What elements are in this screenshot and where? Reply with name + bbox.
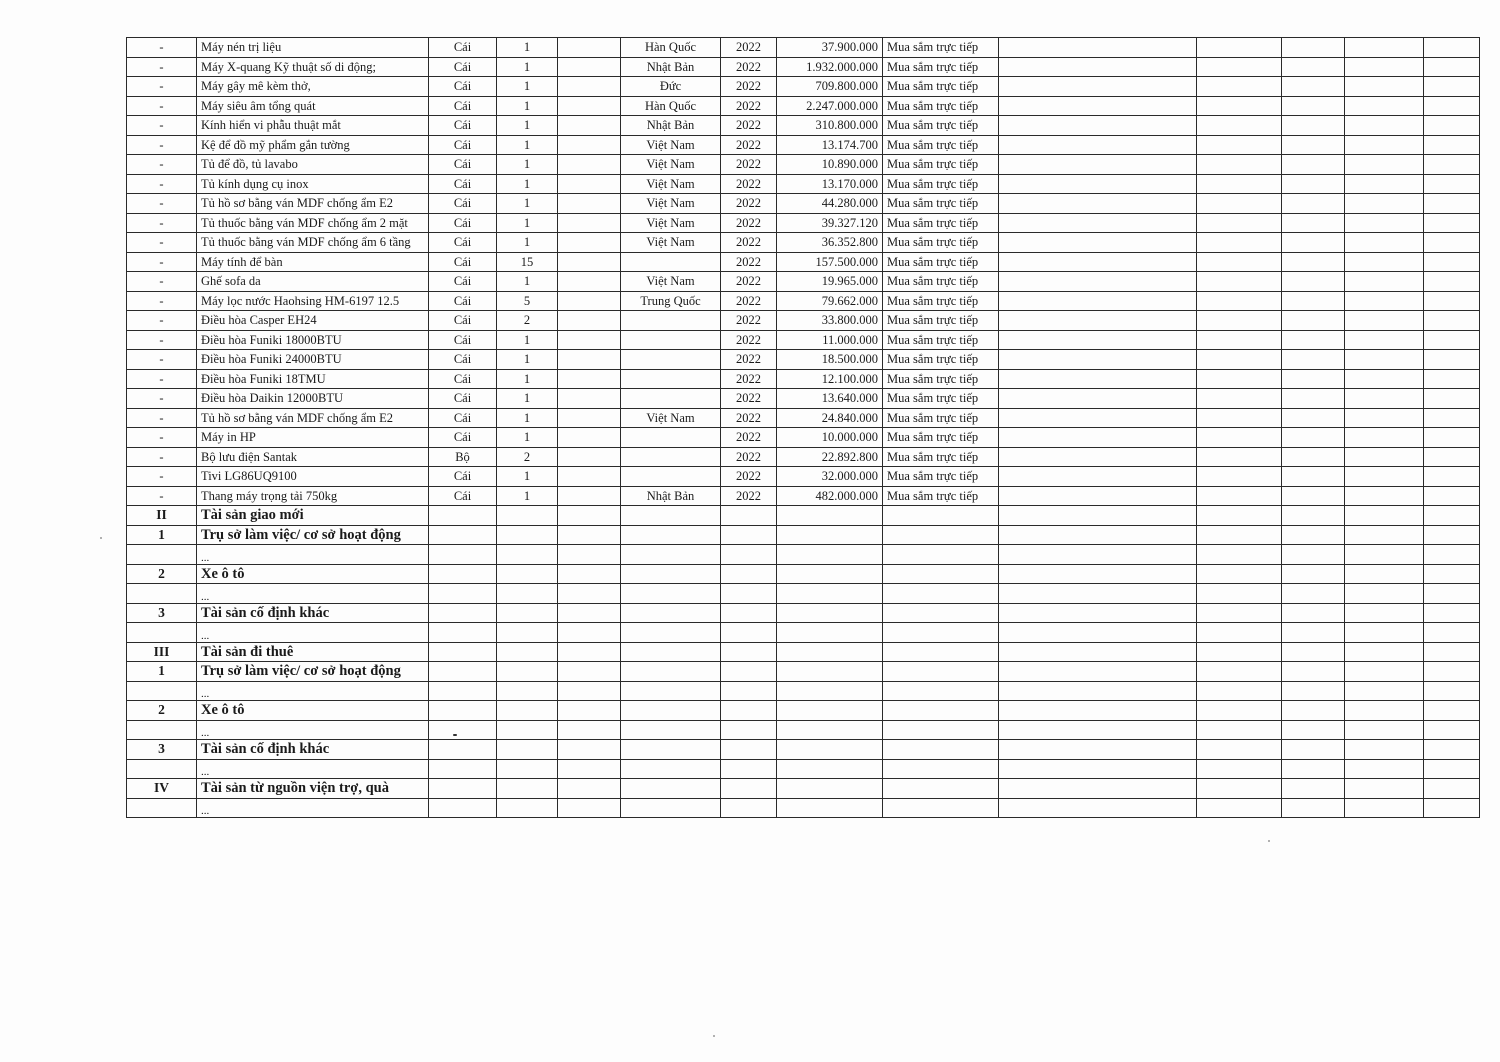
empty-cell xyxy=(558,623,621,643)
empty-cell xyxy=(1197,759,1282,779)
empty-cell xyxy=(1345,330,1424,350)
table-row: -Tủ kính dụng cụ inoxCái1Việt Nam202213.… xyxy=(127,174,1480,194)
empty-cell xyxy=(721,545,777,565)
section-number: IV xyxy=(127,779,197,799)
empty-cell xyxy=(429,525,497,545)
asset-origin xyxy=(621,428,721,448)
asset-origin: Hàn Quốc xyxy=(621,96,721,116)
asset-quantity: 1 xyxy=(497,57,558,77)
empty-cell xyxy=(1424,57,1480,77)
asset-origin: Việt Nam xyxy=(621,194,721,214)
asset-quantity: 1 xyxy=(497,428,558,448)
row-bullet: - xyxy=(127,135,197,155)
empty-cell xyxy=(1345,350,1424,370)
asset-name: Bộ lưu điện Santak xyxy=(197,447,429,467)
asset-year: 2022 xyxy=(721,291,777,311)
section-number: 1 xyxy=(127,525,197,545)
asset-value: 482.000.000 xyxy=(777,486,883,506)
empty-cell xyxy=(883,584,999,604)
asset-name: Máy lọc nước Haohsing HM-6197 12.5 xyxy=(197,291,429,311)
empty-cell xyxy=(1197,38,1282,58)
empty-cell xyxy=(1282,116,1345,136)
section-title: Tài sản cố định khác xyxy=(197,740,429,760)
empty-cell xyxy=(777,759,883,779)
asset-value: 18.500.000 xyxy=(777,350,883,370)
section-number: II xyxy=(127,506,197,526)
empty-cell xyxy=(999,311,1197,331)
section-title: Tài sản từ nguồn viện trợ, quà xyxy=(197,779,429,799)
empty-cell xyxy=(558,233,621,253)
empty-cell xyxy=(558,38,621,58)
asset-unit: Cái xyxy=(429,330,497,350)
empty-cell xyxy=(1197,798,1282,818)
acquisition-method: Mua sắm trực tiếp xyxy=(883,77,999,97)
row-bullet: - xyxy=(127,233,197,253)
empty-cell xyxy=(1197,564,1282,584)
empty-cell xyxy=(429,681,497,701)
acquisition-method: Mua sắm trực tiếp xyxy=(883,96,999,116)
empty-cell xyxy=(497,603,558,623)
empty-cell xyxy=(1282,96,1345,116)
section-number xyxy=(127,720,197,740)
empty-cell xyxy=(1282,194,1345,214)
asset-name: Tủ kính dụng cụ inox xyxy=(197,174,429,194)
scan-speck xyxy=(100,537,102,539)
empty-cell xyxy=(999,740,1197,760)
empty-cell xyxy=(721,584,777,604)
asset-year: 2022 xyxy=(721,272,777,292)
asset-unit: Cái xyxy=(429,155,497,175)
empty-cell xyxy=(999,57,1197,77)
empty-cell xyxy=(1282,447,1345,467)
empty-cell xyxy=(558,603,621,623)
table-row: -Máy in HPCái1202210.000.000Mua sắm trực… xyxy=(127,428,1480,448)
empty-cell xyxy=(1282,252,1345,272)
table-row: -Máy lọc nước Haohsing HM-6197 12.5Cái5T… xyxy=(127,291,1480,311)
asset-year: 2022 xyxy=(721,116,777,136)
asset-value: 33.800.000 xyxy=(777,311,883,331)
acquisition-method: Mua sắm trực tiếp xyxy=(883,330,999,350)
section-number xyxy=(127,681,197,701)
empty-cell xyxy=(999,408,1197,428)
asset-unit: Cái xyxy=(429,369,497,389)
empty-cell xyxy=(429,564,497,584)
asset-origin: Nhật Bản xyxy=(621,116,721,136)
empty-cell xyxy=(1282,545,1345,565)
empty-cell xyxy=(777,623,883,643)
empty-cell xyxy=(883,798,999,818)
asset-quantity: 1 xyxy=(497,330,558,350)
asset-value: 2.247.000.000 xyxy=(777,96,883,116)
empty-cell xyxy=(1197,233,1282,253)
empty-cell xyxy=(883,545,999,565)
empty-cell xyxy=(1197,135,1282,155)
empty-cell xyxy=(999,272,1197,292)
asset-year: 2022 xyxy=(721,369,777,389)
empty-cell xyxy=(558,779,621,799)
empty-cell xyxy=(999,38,1197,58)
empty-cell xyxy=(1345,720,1424,740)
asset-origin: Việt Nam xyxy=(621,135,721,155)
empty-cell xyxy=(1424,798,1480,818)
empty-cell xyxy=(999,701,1197,721)
empty-cell xyxy=(1282,174,1345,194)
asset-unit: Cái xyxy=(429,311,497,331)
acquisition-method: Mua sắm trực tiếp xyxy=(883,116,999,136)
empty-cell xyxy=(1282,525,1345,545)
empty-cell xyxy=(777,506,883,526)
empty-cell xyxy=(1424,701,1480,721)
empty-cell xyxy=(621,759,721,779)
asset-origin xyxy=(621,330,721,350)
empty-cell xyxy=(1424,486,1480,506)
row-bullet: - xyxy=(127,38,197,58)
empty-cell xyxy=(1424,330,1480,350)
empty-cell xyxy=(1282,662,1345,682)
empty-cell xyxy=(999,77,1197,97)
empty-cell xyxy=(883,623,999,643)
empty-cell xyxy=(1282,467,1345,487)
asset-quantity: 2 xyxy=(497,311,558,331)
empty-cell xyxy=(558,194,621,214)
empty-cell xyxy=(558,135,621,155)
empty-cell xyxy=(1282,330,1345,350)
empty-cell xyxy=(429,779,497,799)
table-row: -Tủ hồ sơ bằng ván MDF chống ẩm E2Cái1Vi… xyxy=(127,194,1480,214)
asset-value: 19.965.000 xyxy=(777,272,883,292)
row-bullet: - xyxy=(127,96,197,116)
table-row: -Tủ thuốc bằng ván MDF chống ẩm 6 tầngCá… xyxy=(127,233,1480,253)
empty-cell xyxy=(999,467,1197,487)
section-title: ... xyxy=(197,759,429,779)
empty-cell xyxy=(777,681,883,701)
empty-cell xyxy=(999,584,1197,604)
asset-origin: Nhật Bản xyxy=(621,486,721,506)
empty-cell xyxy=(429,603,497,623)
empty-cell xyxy=(1345,252,1424,272)
empty-cell xyxy=(721,623,777,643)
row-bullet: - xyxy=(127,77,197,97)
empty-cell xyxy=(621,642,721,662)
asset-unit: Cái xyxy=(429,77,497,97)
asset-name: Máy in HP xyxy=(197,428,429,448)
empty-cell xyxy=(883,759,999,779)
empty-cell xyxy=(883,564,999,584)
acquisition-method: Mua sắm trực tiếp xyxy=(883,155,999,175)
asset-unit: Cái xyxy=(429,213,497,233)
empty-cell xyxy=(1345,740,1424,760)
asset-unit: Cái xyxy=(429,116,497,136)
asset-name: Máy X-quang Kỹ thuật số di động; xyxy=(197,57,429,77)
empty-cell xyxy=(621,603,721,623)
empty-cell xyxy=(1197,603,1282,623)
empty-cell xyxy=(883,525,999,545)
asset-name: Máy gây mê kèm thở, xyxy=(197,77,429,97)
empty-cell xyxy=(1282,642,1345,662)
empty-cell xyxy=(558,408,621,428)
asset-origin xyxy=(621,311,721,331)
empty-cell xyxy=(1345,233,1424,253)
empty-cell xyxy=(1424,96,1480,116)
asset-origin xyxy=(621,350,721,370)
empty-cell xyxy=(621,798,721,818)
empty-cell xyxy=(1424,720,1480,740)
empty-cell xyxy=(429,662,497,682)
table-row: -Bộ lưu điện SantakBộ2202222.892.800Mua … xyxy=(127,447,1480,467)
empty-cell xyxy=(429,584,497,604)
empty-cell xyxy=(1345,506,1424,526)
asset-quantity: 1 xyxy=(497,486,558,506)
asset-unit: Cái xyxy=(429,233,497,253)
empty-cell xyxy=(621,525,721,545)
empty-cell xyxy=(1345,135,1424,155)
empty-cell xyxy=(1424,525,1480,545)
asset-origin xyxy=(621,369,721,389)
acquisition-method: Mua sắm trực tiếp xyxy=(883,57,999,77)
asset-year: 2022 xyxy=(721,311,777,331)
empty-cell xyxy=(1345,447,1424,467)
asset-value: 13.174.700 xyxy=(777,135,883,155)
empty-cell xyxy=(999,447,1197,467)
empty-cell xyxy=(558,798,621,818)
empty-cell xyxy=(721,603,777,623)
asset-name: Thang máy trọng tải 750kg xyxy=(197,486,429,506)
empty-cell xyxy=(1424,564,1480,584)
empty-cell xyxy=(999,233,1197,253)
empty-cell xyxy=(999,564,1197,584)
table-row: -Tủ thuốc bằng ván MDF chống ẩm 2 mặtCái… xyxy=(127,213,1480,233)
empty-cell xyxy=(558,389,621,409)
empty-cell xyxy=(1282,701,1345,721)
empty-cell xyxy=(1197,272,1282,292)
asset-name: Điều hòa Funiki 18TMU xyxy=(197,369,429,389)
empty-cell xyxy=(1424,291,1480,311)
empty-cell xyxy=(1345,467,1424,487)
section-row: IIITài sản đi thuê xyxy=(127,642,1480,662)
asset-table: -Máy nén trị liệuCái1Hàn Quốc202237.900.… xyxy=(126,37,1480,818)
section-row: IVTài sản từ nguồn viện trợ, quà xyxy=(127,779,1480,799)
section-row: 1Trụ sở làm việc/ cơ sở hoạt động xyxy=(127,662,1480,682)
table-row: -Điều hòa Funiki 24000BTUCái1202218.500.… xyxy=(127,350,1480,370)
section-number: 3 xyxy=(127,740,197,760)
asset-unit: Cái xyxy=(429,467,497,487)
table-row: -Điều hòa Funiki 18000BTUCái1202211.000.… xyxy=(127,330,1480,350)
empty-cell xyxy=(1197,486,1282,506)
asset-origin xyxy=(621,389,721,409)
section-number: 2 xyxy=(127,701,197,721)
empty-cell xyxy=(1282,272,1345,292)
asset-year: 2022 xyxy=(721,233,777,253)
empty-cell xyxy=(1424,408,1480,428)
empty-cell xyxy=(721,759,777,779)
empty-cell xyxy=(777,603,883,623)
empty-cell xyxy=(721,681,777,701)
asset-quantity: 1 xyxy=(497,408,558,428)
empty-cell xyxy=(1345,486,1424,506)
table-row: -Máy tính để bànCái152022157.500.000Mua … xyxy=(127,252,1480,272)
empty-cell xyxy=(1282,720,1345,740)
section-title: ... xyxy=(197,681,429,701)
asset-unit: Cái xyxy=(429,38,497,58)
empty-cell xyxy=(999,369,1197,389)
empty-cell xyxy=(1282,311,1345,331)
empty-cell xyxy=(999,603,1197,623)
asset-year: 2022 xyxy=(721,38,777,58)
empty-cell xyxy=(558,116,621,136)
empty-cell xyxy=(1197,428,1282,448)
empty-cell xyxy=(1424,77,1480,97)
empty-cell xyxy=(429,759,497,779)
row-bullet: - xyxy=(127,389,197,409)
empty-cell xyxy=(777,525,883,545)
empty-cell xyxy=(721,720,777,740)
empty-cell xyxy=(1424,116,1480,136)
empty-cell xyxy=(1424,272,1480,292)
asset-year: 2022 xyxy=(721,447,777,467)
asset-value: 39.327.120 xyxy=(777,213,883,233)
acquisition-method: Mua sắm trực tiếp xyxy=(883,311,999,331)
empty-cell xyxy=(999,428,1197,448)
empty-cell xyxy=(1197,720,1282,740)
empty-cell xyxy=(1345,701,1424,721)
empty-cell xyxy=(721,701,777,721)
empty-cell xyxy=(999,506,1197,526)
empty-cell xyxy=(497,779,558,799)
empty-cell xyxy=(429,506,497,526)
empty-cell xyxy=(1424,447,1480,467)
empty-cell xyxy=(558,740,621,760)
asset-quantity: 1 xyxy=(497,194,558,214)
asset-unit: Cái xyxy=(429,174,497,194)
acquisition-method: Mua sắm trực tiếp xyxy=(883,350,999,370)
asset-name: Tủ để đồ, tủ lavabo xyxy=(197,155,429,175)
empty-cell xyxy=(999,545,1197,565)
empty-cell xyxy=(999,623,1197,643)
asset-quantity: 1 xyxy=(497,135,558,155)
empty-cell xyxy=(721,779,777,799)
placeholder-row: ... xyxy=(127,584,1480,604)
empty-cell xyxy=(497,525,558,545)
empty-cell xyxy=(621,545,721,565)
section-title: ... xyxy=(197,584,429,604)
asset-unit: Cái xyxy=(429,291,497,311)
row-bullet: - xyxy=(127,467,197,487)
acquisition-method: Mua sắm trực tiếp xyxy=(883,428,999,448)
row-bullet: - xyxy=(127,213,197,233)
row-bullet: - xyxy=(127,272,197,292)
row-bullet: - xyxy=(127,174,197,194)
empty-cell xyxy=(621,564,721,584)
placeholder-row: ... xyxy=(127,681,1480,701)
empty-cell xyxy=(999,174,1197,194)
row-bullet: - xyxy=(127,447,197,467)
section-title: Tài sản giao mới xyxy=(197,506,429,526)
empty-cell xyxy=(999,330,1197,350)
asset-value: 709.800.000 xyxy=(777,77,883,97)
empty-cell xyxy=(1424,350,1480,370)
asset-origin: Nhật Bản xyxy=(621,57,721,77)
asset-quantity: 1 xyxy=(497,77,558,97)
empty-cell xyxy=(558,174,621,194)
asset-origin xyxy=(621,467,721,487)
placeholder-row: ... xyxy=(127,720,1480,740)
asset-origin: Hàn Quốc xyxy=(621,38,721,58)
acquisition-method: Mua sắm trực tiếp xyxy=(883,135,999,155)
empty-cell xyxy=(621,779,721,799)
asset-name: Tủ thuốc bằng ván MDF chống ẩm 2 mặt xyxy=(197,213,429,233)
section-number xyxy=(127,759,197,779)
empty-cell xyxy=(777,798,883,818)
section-number xyxy=(127,798,197,818)
empty-cell xyxy=(777,779,883,799)
empty-cell xyxy=(1282,740,1345,760)
table-row: -Tivi LG86UQ9100Cái1202232.000.000Mua sắ… xyxy=(127,467,1480,487)
empty-cell xyxy=(1424,389,1480,409)
empty-cell xyxy=(721,564,777,584)
empty-cell xyxy=(1282,798,1345,818)
asset-year: 2022 xyxy=(721,467,777,487)
table-row: -Máy nén trị liệuCái1Hàn Quốc202237.900.… xyxy=(127,38,1480,58)
asset-origin: Việt Nam xyxy=(621,233,721,253)
empty-cell xyxy=(1424,38,1480,58)
asset-origin xyxy=(621,252,721,272)
empty-cell xyxy=(1197,291,1282,311)
section-row: 3Tài sản cố định khác xyxy=(127,603,1480,623)
asset-value: 37.900.000 xyxy=(777,38,883,58)
section-number: 3 xyxy=(127,603,197,623)
acquisition-method: Mua sắm trực tiếp xyxy=(883,467,999,487)
table-row: -Tủ hồ sơ bằng ván MDF chống ẩm E2Cái1Vi… xyxy=(127,408,1480,428)
acquisition-method: Mua sắm trực tiếp xyxy=(883,272,999,292)
empty-cell xyxy=(621,740,721,760)
empty-cell xyxy=(1424,623,1480,643)
empty-cell xyxy=(429,720,497,740)
empty-cell xyxy=(1197,662,1282,682)
asset-table-body: -Máy nén trị liệuCái1Hàn Quốc202237.900.… xyxy=(127,38,1480,818)
empty-cell xyxy=(1197,389,1282,409)
empty-cell xyxy=(1424,174,1480,194)
empty-cell xyxy=(558,486,621,506)
table-row: -Ghế sofa daCái1Việt Nam202219.965.000Mu… xyxy=(127,272,1480,292)
asset-name: Điều hòa Casper EH24 xyxy=(197,311,429,331)
empty-cell xyxy=(1345,38,1424,58)
empty-cell xyxy=(999,194,1197,214)
placeholder-row: ... xyxy=(127,545,1480,565)
empty-cell xyxy=(777,720,883,740)
empty-cell xyxy=(1424,506,1480,526)
empty-cell xyxy=(1345,194,1424,214)
empty-cell xyxy=(1282,623,1345,643)
empty-cell xyxy=(1282,486,1345,506)
empty-cell xyxy=(1282,233,1345,253)
empty-cell xyxy=(1345,291,1424,311)
empty-cell xyxy=(558,369,621,389)
scan-speck xyxy=(1268,840,1270,842)
asset-year: 2022 xyxy=(721,350,777,370)
empty-cell xyxy=(777,545,883,565)
empty-cell xyxy=(1345,155,1424,175)
empty-cell xyxy=(999,252,1197,272)
empty-cell xyxy=(1197,681,1282,701)
empty-cell xyxy=(1197,116,1282,136)
empty-cell xyxy=(429,623,497,643)
empty-cell xyxy=(1197,213,1282,233)
asset-origin xyxy=(621,447,721,467)
empty-cell xyxy=(883,720,999,740)
empty-cell xyxy=(558,525,621,545)
empty-cell xyxy=(558,57,621,77)
empty-cell xyxy=(1345,77,1424,97)
